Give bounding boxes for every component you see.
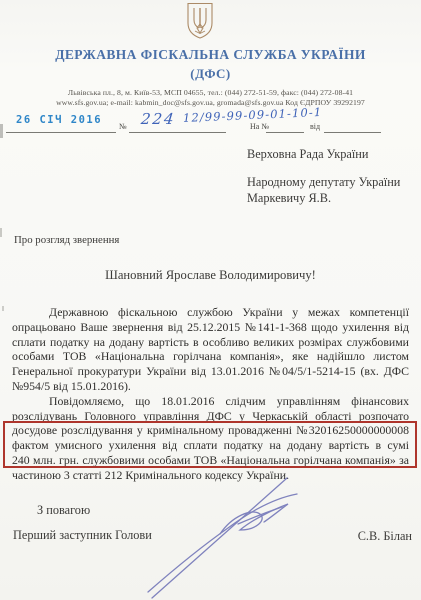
body-line: Державною фіскальною службою України у м… <box>12 305 409 320</box>
blank-line <box>266 132 304 133</box>
salutation: Шановний Ярославе Володимировичу! <box>0 268 421 283</box>
body-line: №954/5 від 15.01.2016). <box>12 379 409 394</box>
body-line: Генеральної прокуратури України від 13.0… <box>12 364 409 379</box>
subject-line: Про розгляд звернення <box>14 234 119 246</box>
signature-ink <box>120 460 340 600</box>
scan-artifact <box>0 228 2 237</box>
recipient-block: Верховна Рада України Народному депутату… <box>247 146 400 206</box>
scan-artifact <box>0 124 3 138</box>
blank-line <box>129 132 226 133</box>
blank-line <box>6 132 116 133</box>
number-label: № <box>119 122 127 131</box>
body-line: опрацьовано Ваше звернення від 25.12.201… <box>12 320 409 335</box>
body-line: фактом умисного ухилення від сплати пода… <box>12 438 409 453</box>
blank-line <box>324 132 381 133</box>
incoming-number-label: На № <box>250 122 269 131</box>
body-line: сплати податку на додану вартість в особ… <box>12 335 409 350</box>
outgoing-number-handwritten: 224 <box>140 110 177 128</box>
org-abbreviation: (ДФС) <box>0 66 421 82</box>
body-line: розслідувань Головного управління ДФС у … <box>12 409 409 424</box>
recipient-name: Маркевичу Я.В. <box>247 190 400 206</box>
date-stamp: 26 СІЧ 2016 <box>16 114 102 126</box>
signer-name: С.В. Білан <box>358 529 412 544</box>
org-address: Львівська пл., 8, м. Київ-53, МСП 04655,… <box>0 88 421 97</box>
org-name: ДЕРЖАВНА ФІСКАЛЬНА СЛУЖБА УКРАЇНИ <box>0 47 421 63</box>
from-date-label: від <box>310 122 320 131</box>
body-line: особами ТОВ «Національна горілчана компа… <box>12 349 409 364</box>
org-contacts: www.sfs.gov.ua; e-mail: kabmin_doc@sfs.g… <box>0 98 421 107</box>
scan-artifact <box>2 306 4 311</box>
letter-body: Державною фіскальною службою України у м… <box>12 305 409 483</box>
document-page: ДЕРЖАВНА ФІСКАЛЬНА СЛУЖБА УКРАЇНИ (ДФС) … <box>0 0 421 600</box>
body-line: Повідомляємо, що 18.01.2016 слідчим упра… <box>12 394 409 409</box>
recipient-title: Народному депутату України <box>247 174 400 190</box>
recipient-org: Верховна Рада України <box>247 146 400 162</box>
body-line: досудове розслідування у кримінальному п… <box>12 423 409 438</box>
closing-regards: З повагою <box>37 503 90 518</box>
trident-emblem-icon <box>183 2 217 39</box>
